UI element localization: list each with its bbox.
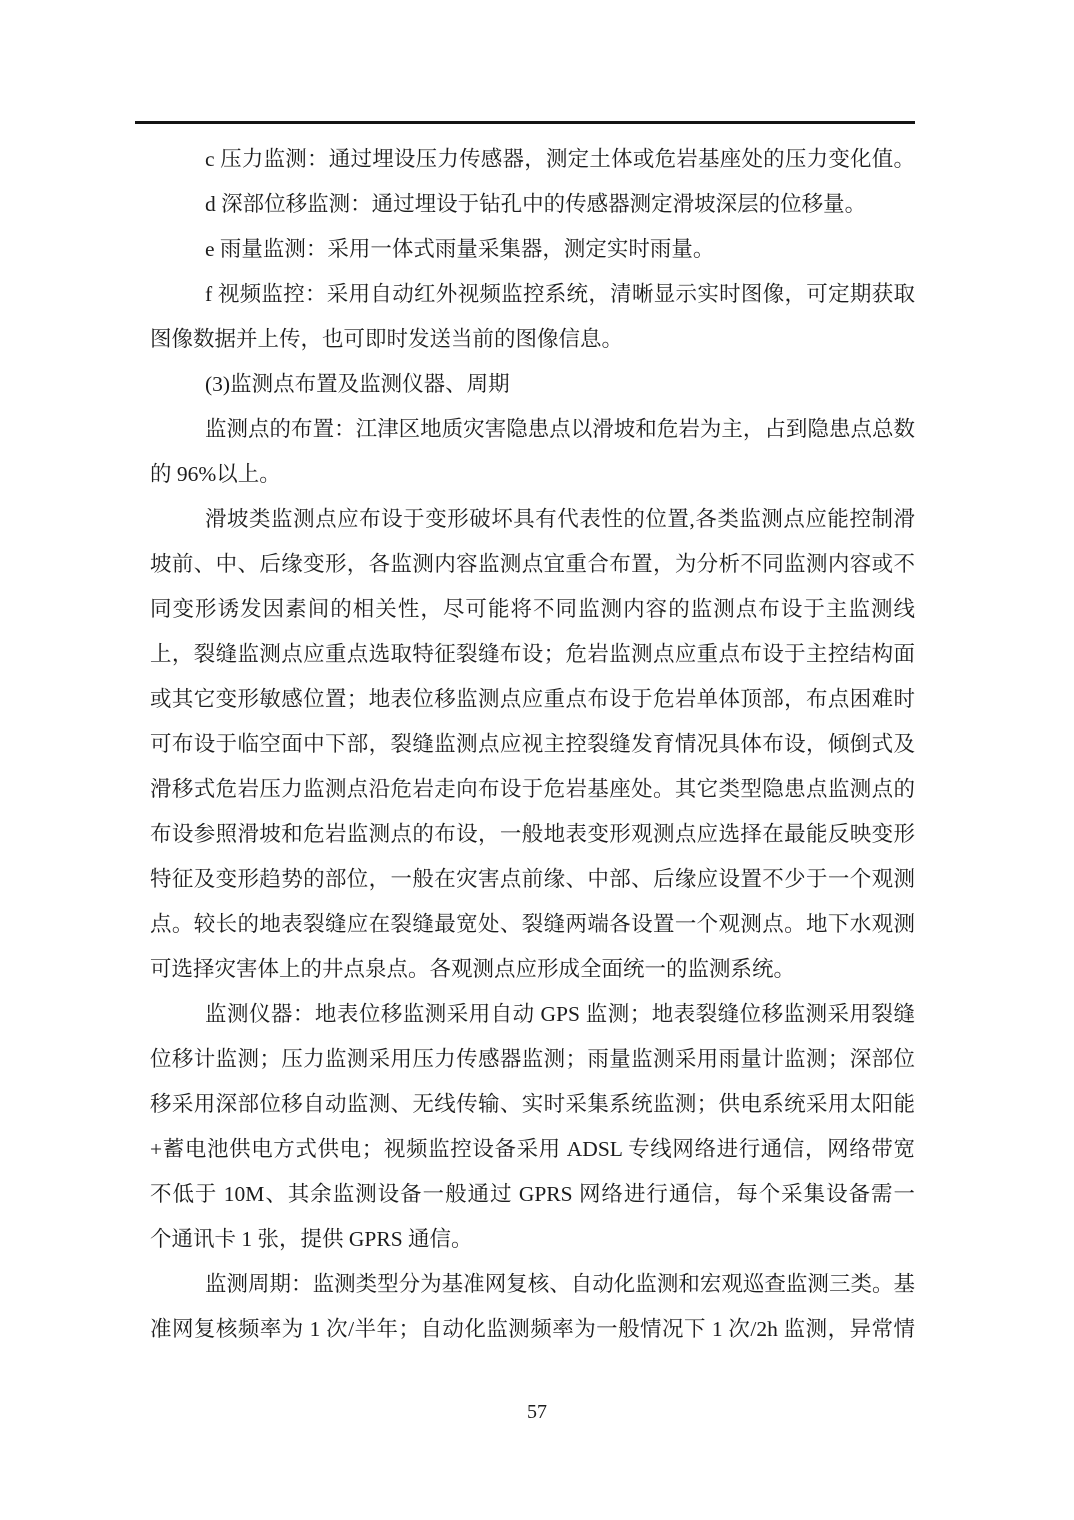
paragraph-line: 图像数据并上传，也可即时发送当前的图像信息。 [150,317,915,362]
paragraph-line: 上，裂缝监测点应重点选取特征裂缝布设；危岩监测点应重点布设于主控结构面 [150,632,915,677]
paragraph-line: 可布设于临空面中下部，裂缝监测点应视主控裂缝发育情况具体布设，倾倒式及 [150,722,915,767]
paragraph-line: 个通讯卡 1 张，提供 GPRS 通信。 [150,1217,915,1262]
paragraph-line: 位移计监测；压力监测采用压力传感器监测；雨量监测采用雨量计监测；深部位 [150,1037,915,1082]
paragraph-line: 布设参照滑坡和危岩监测点的布设，一般地表变形观测点应选择在最能反映变形 [150,812,915,857]
paragraph-line: 点。较长的地表裂缝应在裂缝最宽处、裂缝两端各设置一个观测点。地下水观测 [150,902,915,947]
paragraph-line: 滑坡类监测点应布设于变形破坏具有代表性的位置,各类监测点应能控制滑 [150,497,915,542]
paragraph-line: c 压力监测：通过埋设压力传感器，测定土体或危岩基座处的压力变化值。 [150,137,915,182]
paragraph-line: 或其它变形敏感位置；地表位移监测点应重点布设于危岩单体顶部，布点困难时 [150,677,915,722]
header-rule [135,121,915,124]
paragraph-line: e 雨量监测：采用一体式雨量采集器，测定实时雨量。 [150,227,915,272]
page-number: 57 [0,1392,1074,1432]
paragraph-line: d 深部位移监测：通过埋设于钻孔中的传感器测定滑坡深层的位移量。 [150,182,915,227]
paragraph-line: 监测点的布置：江津区地质灾害隐患点以滑坡和危岩为主，占到隐患点总数 [150,407,915,452]
paragraph-line: 移采用深部位移自动监测、无线传输、实时采集系统监测；供电系统采用太阳能 [150,1082,915,1127]
paragraph-line: 可选择灾害体上的井点泉点。各观测点应形成全面统一的监测系统。 [150,947,915,992]
document-body: c 压力监测：通过埋设压力传感器，测定土体或危岩基座处的压力变化值。 d 深部位… [150,137,915,1352]
document-page: c 压力监测：通过埋设压力传感器，测定土体或危岩基座处的压力变化值。 d 深部位… [0,0,1074,1520]
paragraph-line: 准网复核频率为 1 次/半年；自动化监测频率为一般情况下 1 次/2h 监测，异… [150,1307,915,1352]
paragraph-line: 不低于 10M、其余监测设备一般通过 GPRS 网络进行通信，每个采集设备需一 [150,1172,915,1217]
paragraph-line: 坡前、中、后缘变形，各监测内容监测点宜重合布置，为分析不同监测内容或不 [150,542,915,587]
paragraph-line: f 视频监控：采用自动红外视频监控系统，清晰显示实时图像，可定期获取 [150,272,915,317]
paragraph-line: 滑移式危岩压力监测点沿危岩走向布设于危岩基座处。其它类型隐患点监测点的 [150,767,915,812]
paragraph-line: 监测周期：监测类型分为基准网复核、自动化监测和宏观巡查监测三类。基 [150,1262,915,1307]
paragraph-line: 监测仪器：地表位移监测采用自动 GPS 监测；地表裂缝位移监测采用裂缝 [150,992,915,1037]
paragraph-line: +蓄电池供电方式供电；视频监控设备采用 ADSL 专线网络进行通信，网络带宽 [150,1127,915,1172]
paragraph-line: 的 96%以上。 [150,452,915,497]
paragraph-line: 特征及变形趋势的部位，一般在灾害点前缘、中部、后缘应设置不少于一个观测 [150,857,915,902]
section-heading: (3)监测点布置及监测仪器、周期 [150,362,915,407]
paragraph-line: 同变形诱发因素间的相关性，尽可能将不同监测内容的监测点布设于主监测线 [150,587,915,632]
